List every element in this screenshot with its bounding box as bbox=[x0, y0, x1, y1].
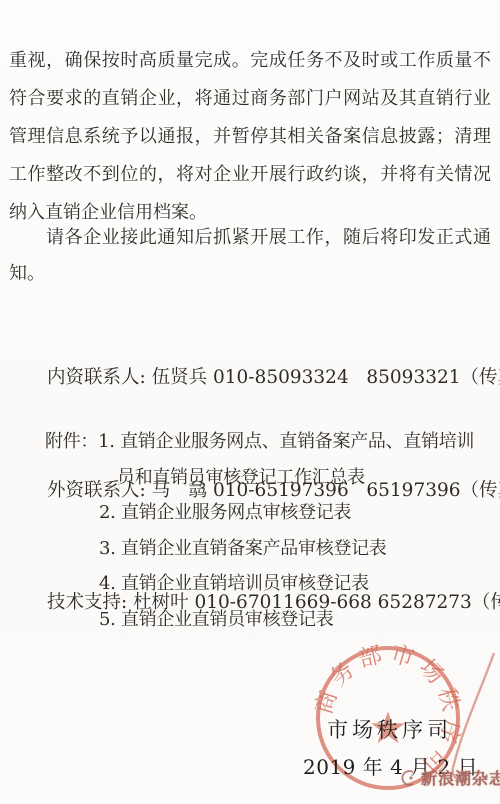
body-line: 请各企业接此通知后抓紧开展工作，随后将印发正式通 bbox=[9, 220, 491, 256]
body-line: 符合要求的直销企业，将通过商务部门户网站及其直销行业 bbox=[9, 80, 491, 118]
magazine-watermark: 新浪潮杂志 bbox=[398, 766, 500, 789]
attachment-item-1-continuation: 员和直销员审核登记工作汇总表 bbox=[117, 460, 500, 496]
magazine-logo-icon bbox=[398, 768, 418, 788]
attachment-item-1: 附件：1. 直销企业服务网点、直销备案产品、直销培训 bbox=[45, 424, 500, 460]
attachment-item-3: 3. 直销企业直销备案产品审核登记表 bbox=[99, 531, 500, 567]
contact-domestic: 内资联系人: 伍贤兵 010-85093324 85093321（传真） bbox=[47, 359, 494, 397]
attachment-item-2: 2. 直销企业服务网点审核登记表 bbox=[99, 495, 500, 531]
body-paragraph-2: 请各企业接此通知后抓紧开展工作，随后将印发正式通 知。 bbox=[9, 220, 491, 291]
attachment-item-5: 5. 直销企业直销员审核登记表 bbox=[99, 602, 500, 638]
attachment-item-1-text: 1. 直销企业服务网点、直销备案产品、直销培训 bbox=[98, 431, 474, 452]
body-line: 重视，确保按时高质量完成。完成任务不及时或工作质量不 bbox=[9, 42, 491, 80]
attachment-item-4: 4. 直销企业直销培训员审核登记表 bbox=[99, 566, 500, 602]
body-line: 管理信息系统予以通报，并暂停其相关备案信息披露；清理 bbox=[9, 118, 491, 156]
body-line: 工作整改不到位的，将对企业开展行政约谈，并将有关情况 bbox=[9, 156, 491, 194]
signature-department: 市场秩序司 bbox=[327, 714, 452, 744]
body-paragraph-1: 重视，确保按时高质量完成。完成任务不及时或工作质量不 符合要求的直销企业，将通过… bbox=[9, 42, 491, 232]
scanned-notice-document: 重视，确保按时高质量完成。完成任务不及时或工作质量不 符合要求的直销企业，将通过… bbox=[0, 0, 500, 804]
attachment-label: 附件： bbox=[45, 431, 98, 452]
attachment-list: 附件：1. 直销企业服务网点、直销备案产品、直销培训 员和直销员审核登记工作汇总… bbox=[0, 424, 500, 638]
watermark-text: 新浪潮杂志 bbox=[421, 766, 500, 789]
